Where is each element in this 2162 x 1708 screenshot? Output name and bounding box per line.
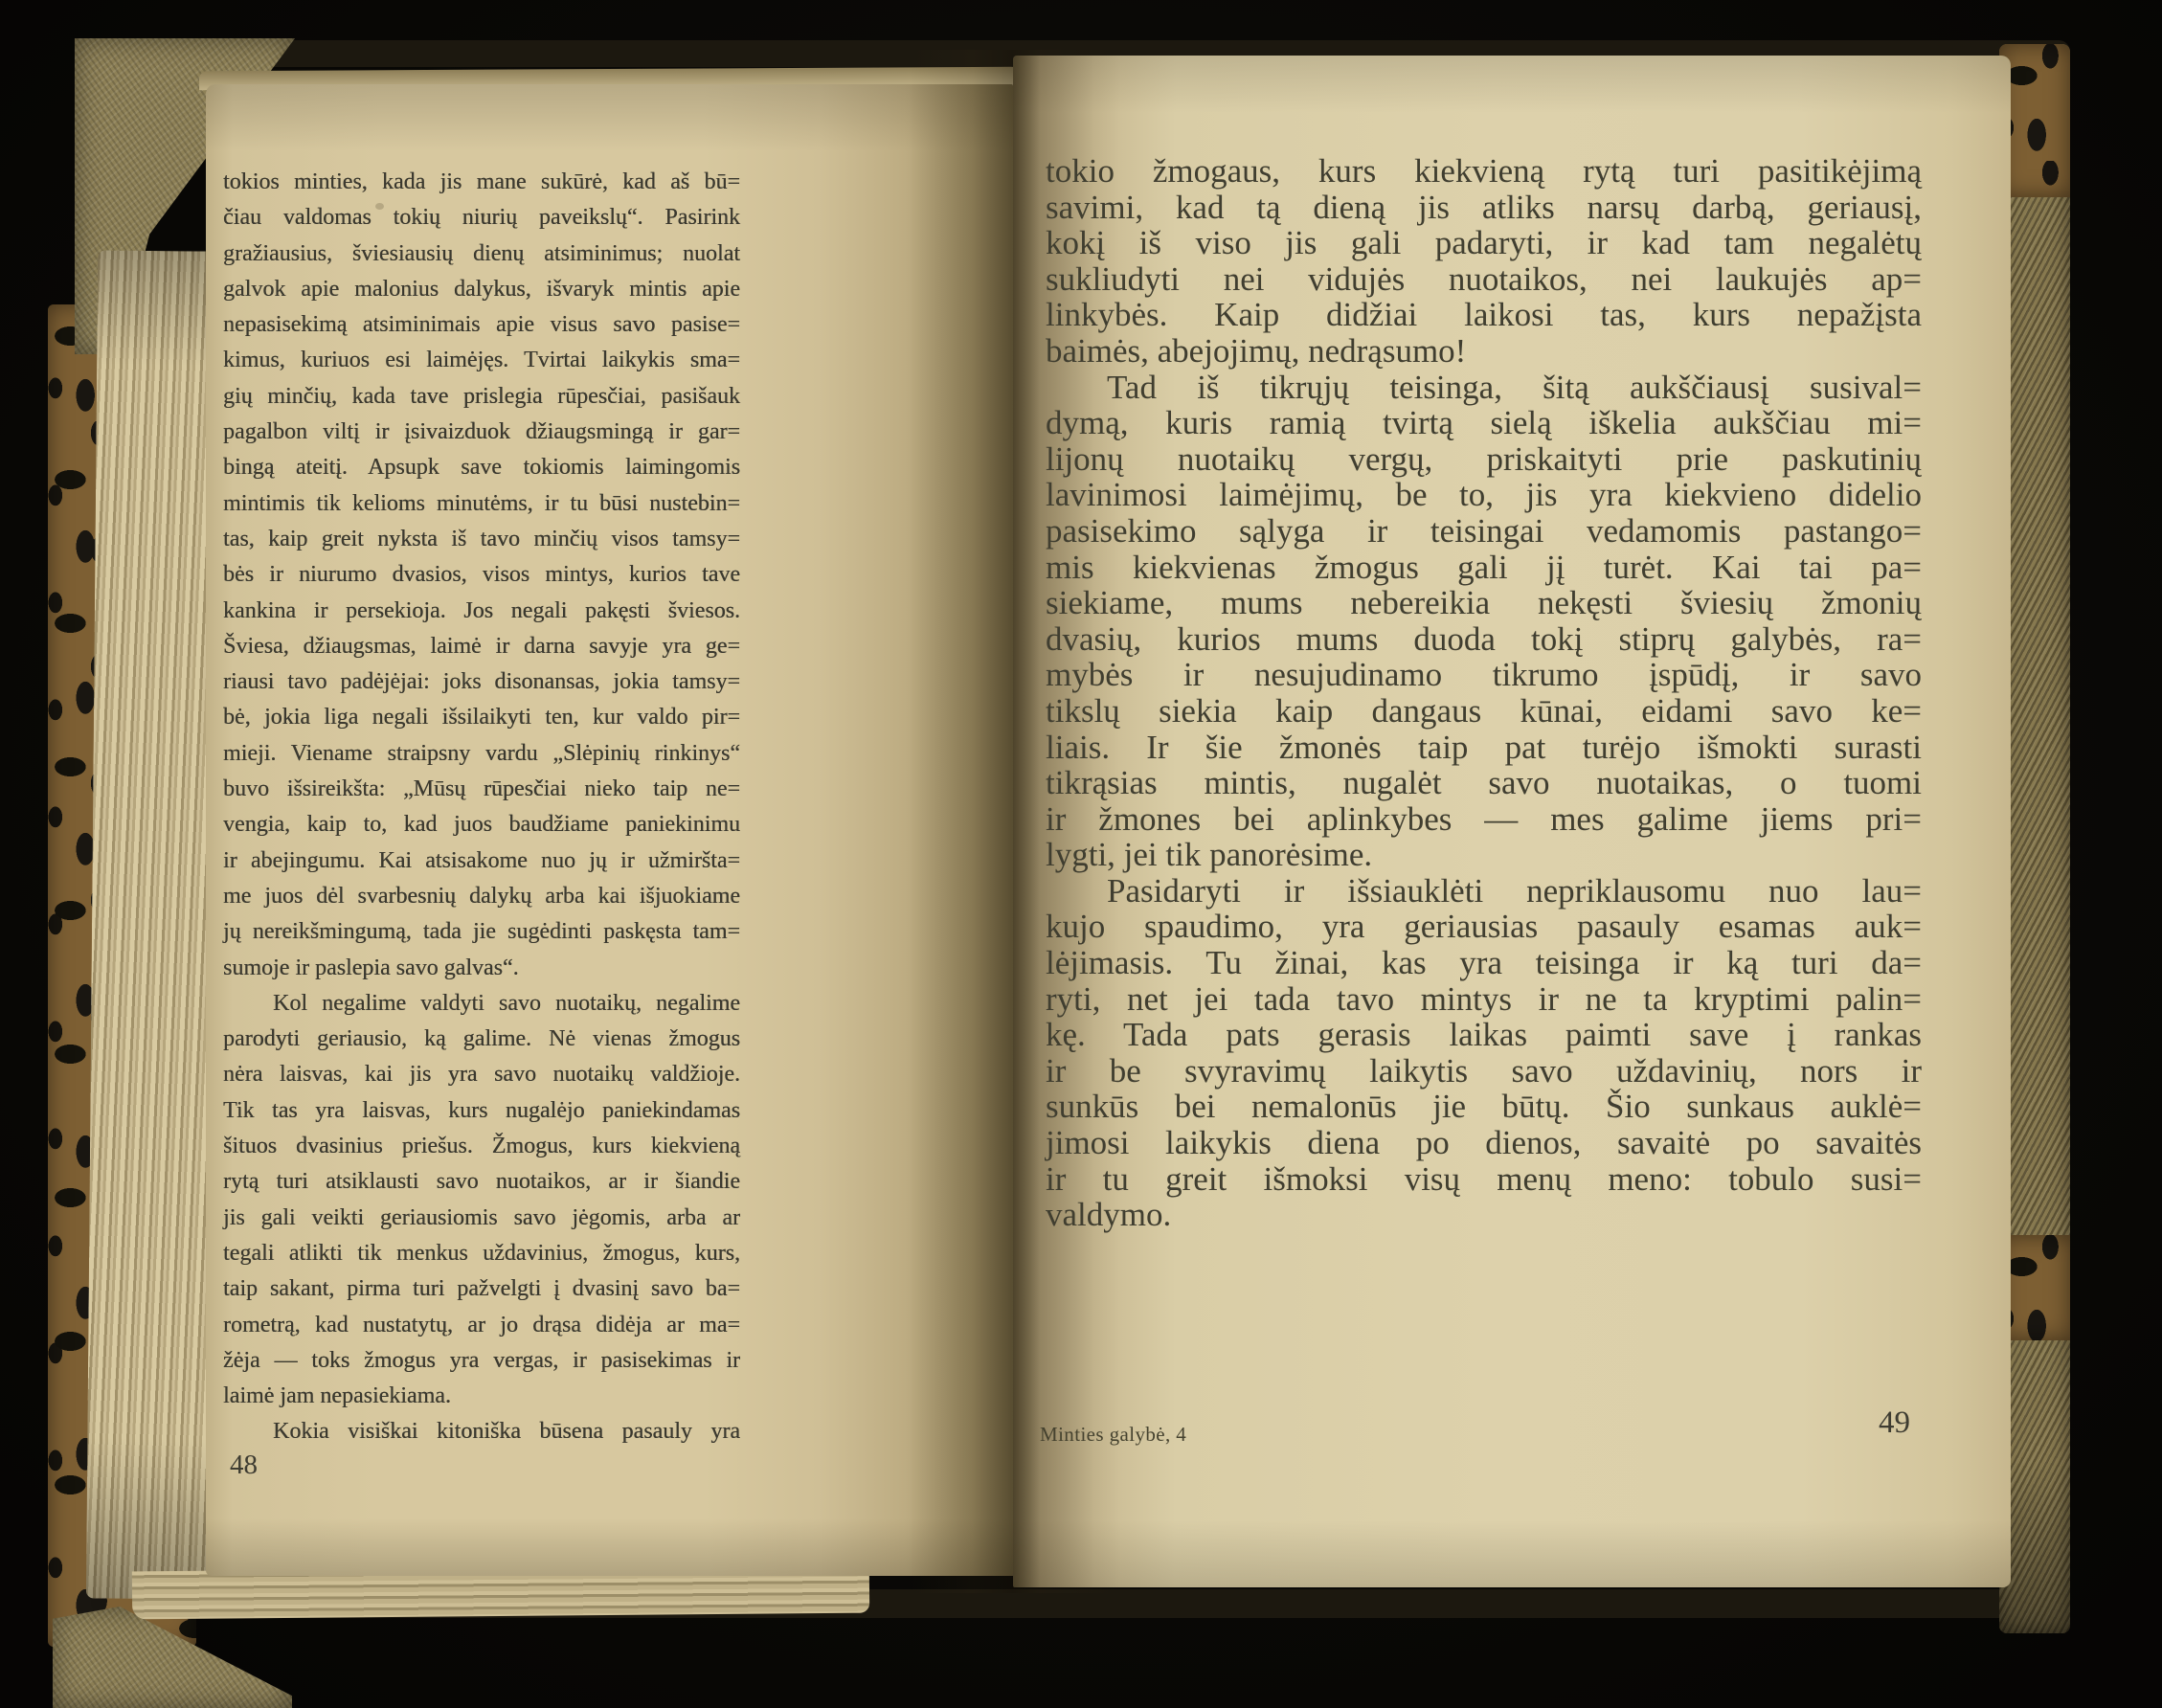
text-line: galvok apie malonius dalykus, išvaryk mi… (223, 272, 740, 307)
text-line: čiau valdomas tokių niurių paveikslų“. P… (223, 200, 740, 236)
right-page-number: 49 (1879, 1405, 1910, 1441)
text-line: gražiausius, šviesiausių dienų atsiminim… (223, 236, 740, 272)
text-line: dymą, kuris ramią tvirtą sielą iškelia a… (1046, 405, 1922, 441)
text-line: taip sakant, pirma turi pažvelgti į dvas… (223, 1271, 740, 1307)
text-line: lėjimasis. Tu žinai, kas yra teisinga ir… (1046, 945, 1922, 981)
right-page-text: tokio žmogaus, kurs kiekvieną rytą turi … (1046, 153, 1922, 1233)
text-line: mybės ir nesujudinamo tikrumo įspūdį, ir… (1046, 657, 1922, 693)
text-line: buvo išsireikšta: „Mūsų rūpesčiai nieko … (223, 772, 740, 807)
text-line: Kokia visiškai kitoniška būsena pasauly … (223, 1414, 740, 1450)
text-line: riausi tavo padėjėjai: joks disonansas, … (223, 664, 740, 700)
text-line: tegali atlikti tik menkus uždavinius, žm… (223, 1236, 740, 1271)
text-line: rytą turi atsiklausti savo nuotaikos, ar… (223, 1164, 740, 1200)
text-line: pagalbon viltį ir įsivaizduok džiaugsmin… (223, 415, 740, 450)
text-line: šituos dvasinius priešus. Žmogus, kurs k… (223, 1129, 740, 1164)
text-line: Kol negalime valdyti savo nuotaikų, nega… (223, 986, 740, 1022)
text-line: jis gali veikti geriausiomis savo jėgomi… (223, 1201, 740, 1236)
text-line: nėra laisvas, kai jis yra savo nuotaikų … (223, 1057, 740, 1092)
text-line: kimus, kuriuos esi laimėjęs. Tvirtai lai… (223, 343, 740, 378)
text-line: lavinimosi laimėjimų, be to, jis yra kie… (1046, 477, 1922, 513)
left-page-text: tokios minties, kada jis mane sukūrė, ka… (223, 165, 740, 1450)
text-line: valdymo. (1046, 1197, 1922, 1233)
text-line: tikslų siekia kaip dangaus kūnai, eidami… (1046, 693, 1922, 730)
text-line: pasisekimo sąlyga ir teisingai vedamomis… (1046, 513, 1922, 550)
text-line: bingą ateitį. Apsupk save tokiomis laimi… (223, 450, 740, 485)
text-line: dvasių, kurios mums duoda tokį stiprų ga… (1046, 621, 1922, 658)
text-line: ir žmones bei aplinkybes — mes galime ji… (1046, 801, 1922, 838)
text-line: Šviesa, džiaugsmas, laimė ir darna savyj… (223, 629, 740, 664)
text-line: bės ir niurumo dvasios, visos mintys, ku… (223, 557, 740, 593)
page-edges-stack-left (86, 250, 218, 1599)
text-line: vengia, kaip to, kad juos baudžiame pani… (223, 807, 740, 843)
text-line: savimi, kad tą dieną jis atliks narsų da… (1046, 190, 1922, 226)
text-line: bė, jokia liga negali išsilaikyti ten, k… (223, 700, 740, 735)
text-line: žėja — toks žmogus yra vergas, ir pasise… (223, 1343, 740, 1379)
text-line: mintimis tik kelioms minutėms, ir tu būs… (223, 486, 740, 522)
text-line: lygti, jei tik panorėsime. (1046, 837, 1922, 873)
open-book-photo: tokios minties, kada jis mane sukūrė, ka… (0, 0, 2162, 1708)
left-page-number: 48 (230, 1450, 258, 1481)
text-line: tas, kaip greit nyksta iš tavo minčių vi… (223, 522, 740, 557)
text-line: kankina ir persekioja. Jos negali pakęst… (223, 594, 740, 629)
text-line: parodyti geriausio, ką galime. Nė vienas… (223, 1022, 740, 1057)
text-line: linkybės. Kaip didžiai laikosi tas, kurs… (1046, 297, 1922, 333)
text-line: sunkūs bei nemalonūs jie būtų. Šio sunka… (1046, 1089, 1922, 1125)
text-line: siekiame, mums nebereikia nekęsti šviesi… (1046, 585, 1922, 621)
text-line: lijonų nuotaikų vergų, priskaityti prie … (1046, 441, 1922, 478)
text-line: ir tu greit išmoksi visų menų meno: tobu… (1046, 1161, 1922, 1198)
text-line: tokio žmogaus, kurs kiekvieną rytą turi … (1046, 153, 1922, 190)
text-line: jimosi laikykis diena po dienos, savaitė… (1046, 1125, 1922, 1161)
text-line: baimės, abejojimų, nedrąsumo! (1046, 333, 1922, 370)
text-line: Pasidaryti ir išsiauklėti nepriklausomu … (1046, 873, 1922, 910)
text-line: mieji. Viename straipsny vardu „Slėpinių… (223, 736, 740, 772)
text-line: tikrąsias mintis, nugalėt savo nuotaikas… (1046, 765, 1922, 801)
text-line: ir abejingumu. Kai atsisakome nuo jų ir … (223, 843, 740, 879)
text-line: ryti, net jei tada tavo mintys ir ne ta … (1046, 981, 1922, 1018)
text-line: Tad iš tikrųjų teisinga, šitą aukščiausį… (1046, 370, 1922, 406)
text-line: kujo spaudimo, yra geriausias pasauly es… (1046, 909, 1922, 945)
text-line: gių minčių, kada tave prislegia rūpesčia… (223, 379, 740, 415)
text-line: rometrą, kad nustatytų, ar jo drąsa didė… (223, 1308, 740, 1343)
text-line: mis kiekvienas žmogus gali jį turėt. Kai… (1046, 550, 1922, 586)
text-line: tokios minties, kada jis mane sukūrė, ka… (223, 165, 740, 200)
text-line: laimė jam nepasiekiama. (223, 1379, 740, 1414)
text-line: jų nereikšmingumą, tada jie sugėdinti pa… (223, 914, 740, 950)
text-line: kokį iš viso jis gali padaryti, ir kad t… (1046, 225, 1922, 261)
text-line: sukliudyti nei vidujės nuotaikos, nei la… (1046, 261, 1922, 298)
text-line: liais. Ir šie žmonės taip pat turėjo išm… (1046, 730, 1922, 766)
text-line: me juos dėl svarbesnių dalykų arba kai i… (223, 879, 740, 914)
text-line: sumoje ir paslepia savo galvas“. (223, 951, 740, 986)
signature-footer-note: Minties galybė, 4 (1040, 1423, 1186, 1447)
text-line: nepasisekimą atsiminimais apie visus sav… (223, 307, 740, 343)
text-line: kę. Tada pats gerasis laikas paimti save… (1046, 1017, 1922, 1053)
text-line: ir be svyravimų laikytis savo uždavinių,… (1046, 1053, 1922, 1090)
text-line: Tik tas yra laisvas, kurs nugalėjo panie… (223, 1093, 740, 1129)
